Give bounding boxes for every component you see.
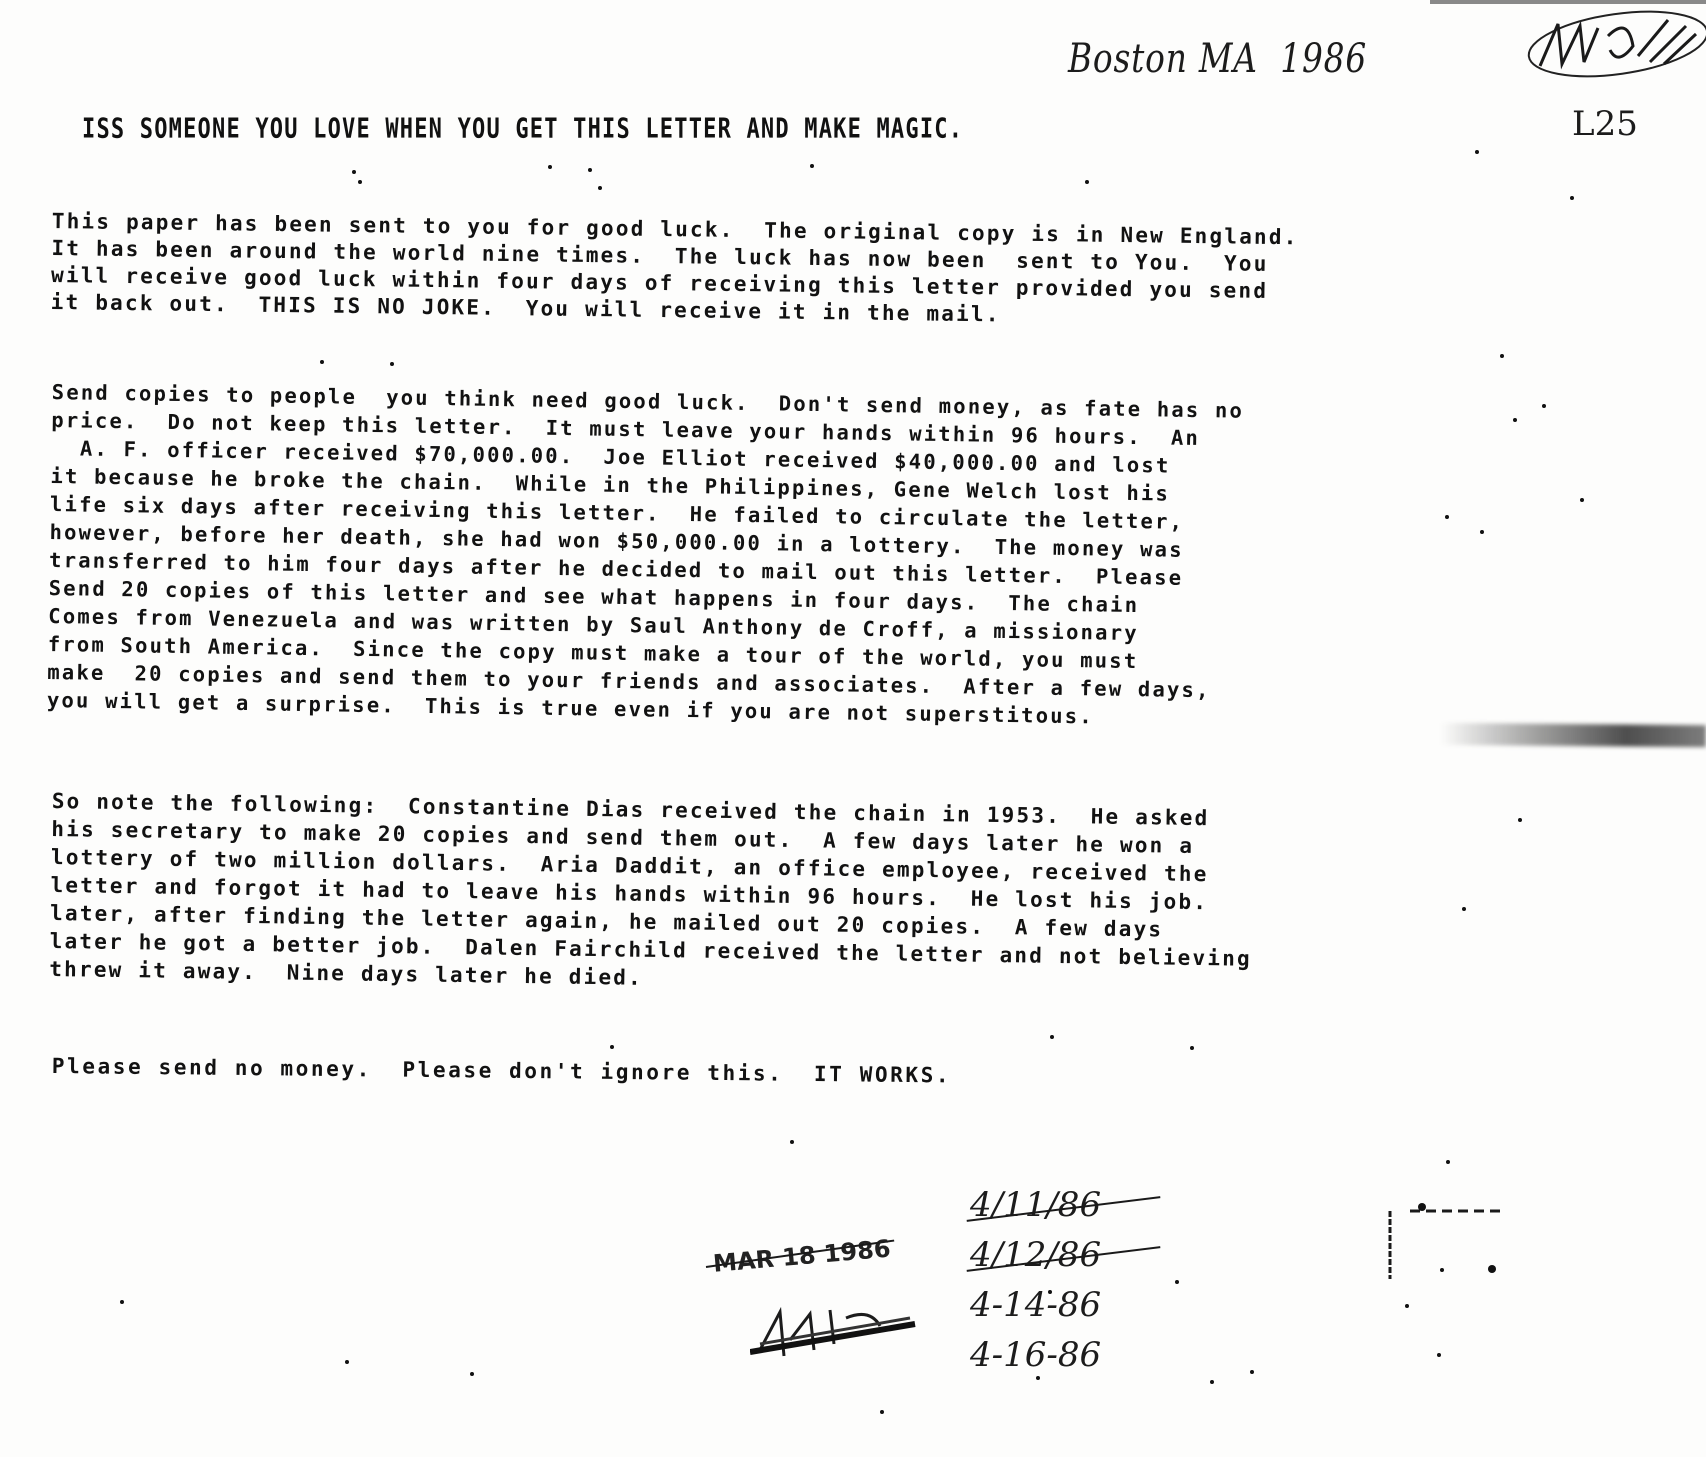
copy-speck <box>120 1300 124 1304</box>
copy-speck <box>1542 404 1546 408</box>
copy-speck <box>790 1140 794 1144</box>
copy-speck <box>1446 1160 1450 1164</box>
copy-speck <box>1513 418 1517 422</box>
copy-speck <box>1580 498 1584 502</box>
copy-speck <box>1405 1304 1409 1308</box>
handwritten-location-year: Boston MA 1986 <box>1068 36 1367 82</box>
copy-speck <box>1475 150 1479 154</box>
copy-speck <box>390 362 394 366</box>
handwritten-date-list: 4/11/86 4/12/86 4-14-86 4-16-86 <box>970 1180 1101 1380</box>
copy-speck <box>470 1372 474 1376</box>
copy-speck <box>880 1410 884 1414</box>
copy-speck <box>320 360 324 364</box>
handwritten-date: 4-16-86 <box>970 1330 1101 1380</box>
copy-speck <box>352 170 356 174</box>
letter-headline: ISS SOMEONE YOU LOVE WHEN YOU GET THIS L… <box>82 114 963 145</box>
paragraph-3: So note the following: Constantine Dias … <box>49 787 1254 1001</box>
copy-speck <box>1518 818 1522 822</box>
copy-speck <box>1210 1380 1214 1384</box>
paragraph-2: Send copies to people you think need goo… <box>47 378 1245 733</box>
copy-speck <box>1445 515 1449 519</box>
copy-speck <box>1462 907 1466 911</box>
copy-edge-shadow <box>1430 0 1706 4</box>
copy-speck <box>598 186 602 190</box>
copy-speck <box>1175 1280 1179 1284</box>
copy-speck <box>610 1045 614 1049</box>
struck-initials-icon <box>750 1300 920 1360</box>
copy-speck <box>1250 1370 1254 1374</box>
copy-speck <box>1570 196 1574 200</box>
copy-speck <box>1437 1353 1441 1357</box>
handwritten-reference-code: L25 <box>1572 104 1638 144</box>
scanned-letter-page: Boston MA 1986 L25 ISS SOMEONE YOU LOVE … <box>0 0 1706 1457</box>
date-stamp-struck: MAR 18 1986 <box>712 1234 892 1277</box>
copy-speck <box>588 168 592 172</box>
copy-speck <box>810 164 814 168</box>
copy-smudge-band <box>1440 723 1706 747</box>
closing-line: Please send no money. Please don't ignor… <box>52 1053 952 1089</box>
copy-corner-mark-icon <box>1388 1203 1538 1283</box>
circled-signature-icon <box>1518 6 1706 82</box>
copy-speck <box>1190 1046 1194 1050</box>
copy-speck <box>1480 530 1484 534</box>
copy-speck <box>358 180 362 184</box>
copy-speck <box>1050 1035 1054 1039</box>
handwritten-date: 4-14-86 <box>970 1280 1101 1330</box>
copy-speck <box>548 165 552 169</box>
handwritten-date: 4/11/86 <box>970 1180 1101 1230</box>
copy-speck <box>345 1360 349 1364</box>
copy-speck <box>1085 180 1089 184</box>
text-line: Please send no money. Please don't ignor… <box>52 1053 952 1089</box>
handwritten-date: 4/12/86 <box>970 1230 1101 1280</box>
paragraph-1: This paper has been sent to you for good… <box>51 208 1299 332</box>
copy-speck <box>1500 354 1504 358</box>
